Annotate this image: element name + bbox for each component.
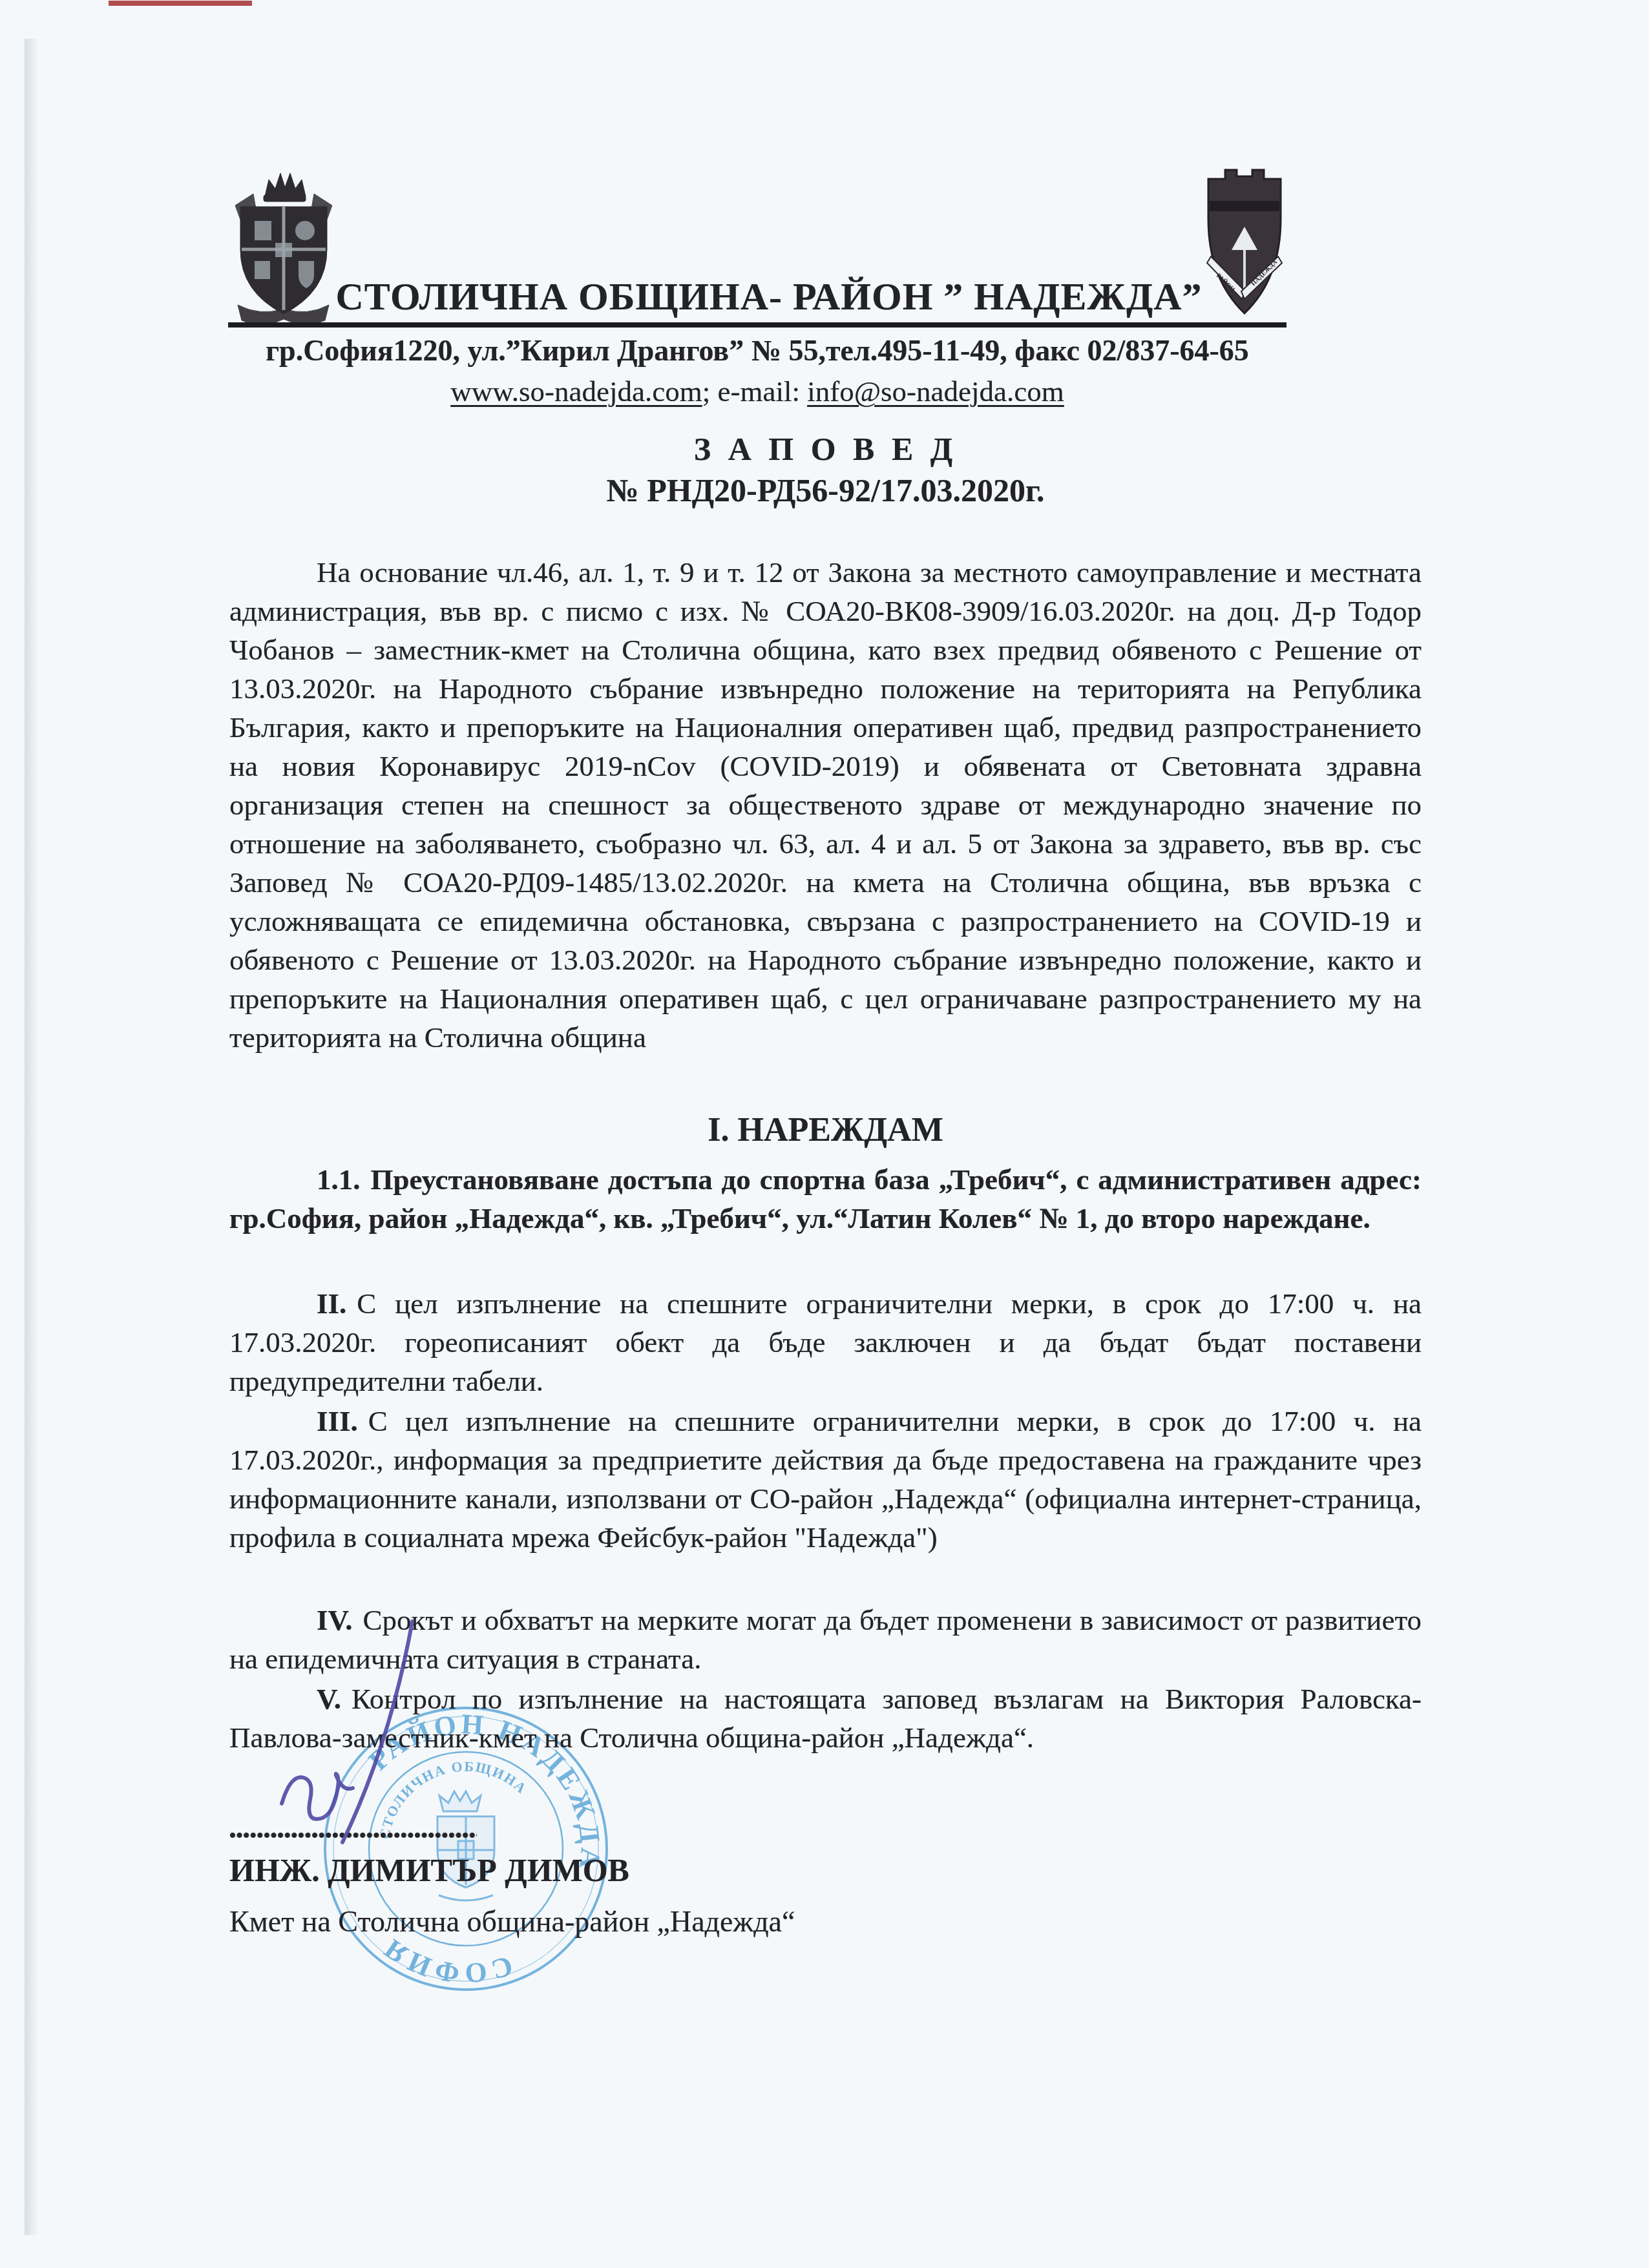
header-address: гр.София1220, ул.”Кирил Дрангов” № 55,те… — [228, 332, 1287, 369]
signature-ink — [264, 1602, 477, 1860]
order-number: № РНД20-РД56-92/17.03.2020г. — [229, 472, 1422, 509]
header-contacts: www.so-nadejda.com; e-mail: info@so-nade… — [228, 373, 1287, 410]
order-preamble: На основание чл.46, ал. 1, т. 9 и т. 12 … — [229, 553, 1422, 1057]
header-rule — [228, 322, 1287, 328]
order-item-label: 1.1. — [317, 1163, 361, 1196]
order-item-2: II.С цел изпълнение на спешните ограничи… — [229, 1284, 1422, 1400]
scan-artifact-red-line — [109, 1, 252, 6]
organization-title: СТОЛИЧНА ОБЩИНА- РАЙОН ” НАДЕЖДА” — [304, 274, 1234, 319]
order-item-text: С цел изпълнение на спешните ограничител… — [229, 1287, 1422, 1397]
email-link: info@so-nadejda.com — [807, 375, 1064, 408]
signatory-role: Кмет на Столична община-район „Надежда“ — [229, 1904, 795, 1939]
scan-edge-shadow — [25, 39, 39, 2235]
order-heading: З А П О В Е Д — [229, 430, 1422, 468]
order-item-1-1: 1.1.Преустановяване достъпа до спортна б… — [229, 1160, 1422, 1238]
contacts-separator: ; e-mail: — [702, 375, 807, 408]
order-item-text: Преустановяване достъпа до спортна база … — [229, 1163, 1422, 1234]
section-heading: I. НАРЕЖДАМ — [229, 1111, 1422, 1149]
order-item-label: III. — [317, 1405, 358, 1437]
scanned-page: РАЙОН НАДЕЖДА СТОЛИЧНА ОБЩИНА- РАЙОН ” Н… — [0, 0, 1649, 2268]
order-item-text: С цел изпълнение на спешните ограничител… — [229, 1405, 1422, 1554]
stamp-ring-text-secondary: СОФИЯ — [376, 1931, 516, 1990]
order-item-label: II. — [317, 1287, 346, 1320]
svg-text:СОФИЯ: СОФИЯ — [376, 1931, 516, 1990]
order-item-3: III.С цел изпълнение на спешните огранич… — [229, 1402, 1422, 1557]
website-link: www.so-nadejda.com — [450, 375, 702, 408]
